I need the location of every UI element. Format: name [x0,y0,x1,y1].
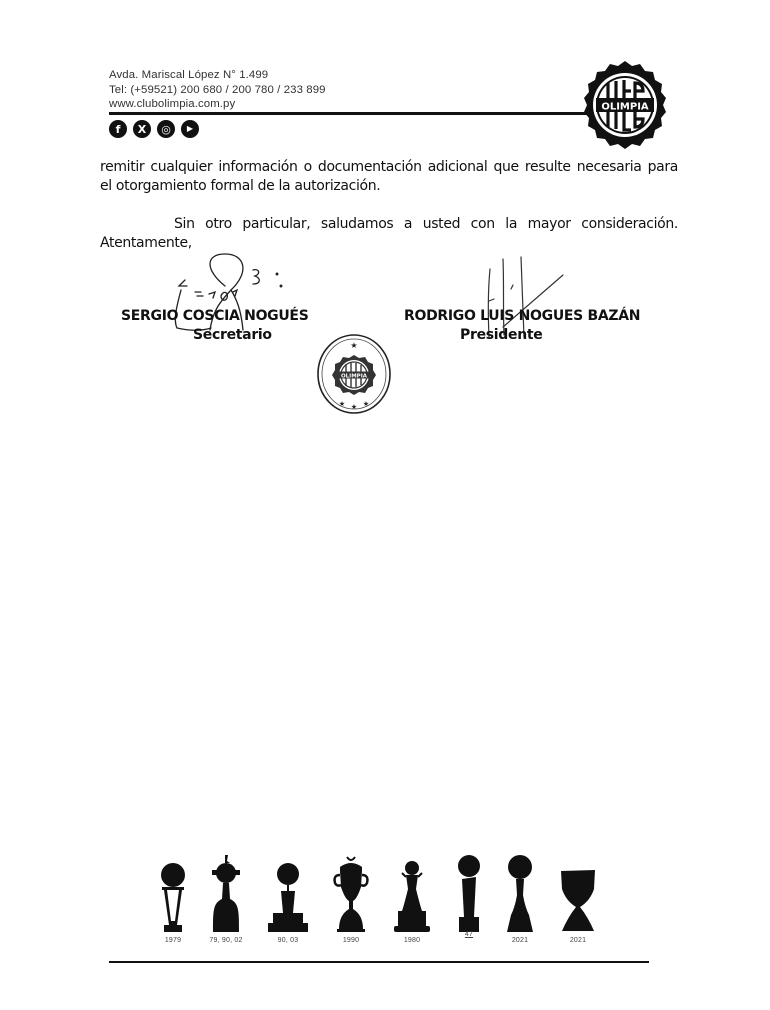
club-seal-stamp: ★ OLIMPIA ★ ★ ★ [316,333,392,415]
trophy-icon [454,853,484,933]
letterhead-contact: Avda. Mariscal López N° 1.499 Tel: (+595… [109,68,326,112]
valediction: Atentamente, [100,235,192,251]
trophy-copa-paraguay: 2021 [495,853,545,944]
facebook-icon[interactable]: f [109,120,127,138]
trophy-strip: 1979 79, 90, 02 90, 03 1990 1980 47 2021… [150,853,610,953]
phone-text: Tel: (+59521) 200 680 / 200 780 / 233 89… [109,83,326,98]
address-text: Avda. Mariscal López N° 1.499 [109,68,326,83]
star-icon: ★ [350,341,357,350]
trophy-icon [209,853,243,933]
youtube-icon[interactable]: ▶ [181,120,199,138]
trophy-icon [392,853,432,933]
x-icon[interactable]: X [133,120,151,138]
trophy-libertadores: 79, 90, 02 [201,853,251,944]
social-links: f X ◎ ▶ [109,120,199,138]
trophy-supercopa: 1990 [326,853,376,944]
website-link[interactable]: www.clubolimpia.com.py [109,97,326,112]
footer-divider [109,961,649,963]
trophy-interamericana: 1980 [387,853,437,944]
closing-paragraph-1: remitir cualquier información o document… [100,158,678,196]
trophy-icon [158,853,188,933]
trophy-icon [503,853,537,933]
svg-text:OLIMPIA: OLIMPIA [341,374,368,380]
svg-text:★: ★ [363,400,369,408]
secretary-title: Secretario [193,327,272,343]
svg-text:★: ★ [351,403,357,411]
secretary-name: SERGIO COSCIA NOGUÉS [121,308,308,324]
president-title: Presidente [460,327,542,343]
club-olimpia-logo: OLIMPIA [579,60,671,150]
header-divider [109,112,587,115]
paragraph-line: Sin otro particular, saludamos a usted c… [100,215,678,234]
paragraph-line: remitir cualquier información o document… [100,158,678,177]
trophy-icon [558,853,598,933]
svg-text:OLIMPIA: OLIMPIA [601,102,649,113]
trophy-icon [267,853,309,933]
trophy-recopa: 90, 03 [263,853,313,944]
closing-paragraph-2: Sin otro particular, saludamos a usted c… [100,215,678,253]
trophy-supercopa-paraguay: 2021 [553,853,603,944]
paragraph-line: el otorgamiento formal de la autorizació… [100,178,380,194]
president-name: RODRIGO LUIS NOGUES BAZÁN [404,308,640,324]
trophy-intercontinental: 1979 [148,853,198,944]
trophy-icon [331,853,371,933]
trophy-national-league: 47 [444,853,494,938]
instagram-icon[interactable]: ◎ [157,120,175,138]
svg-text:★: ★ [339,400,345,408]
